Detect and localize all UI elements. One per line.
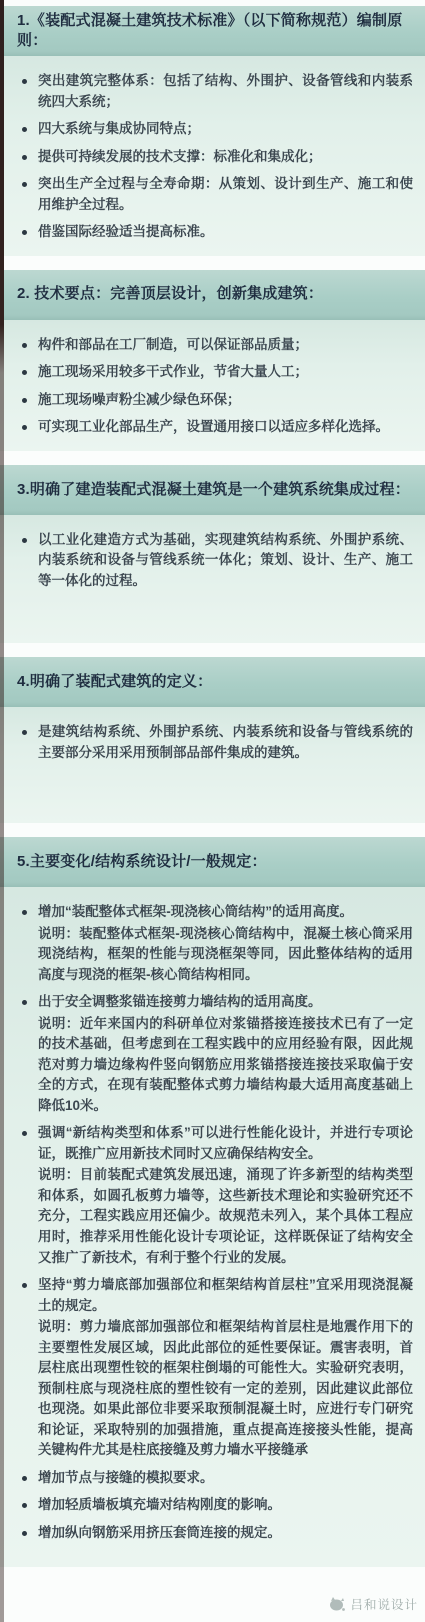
section-4-header: 4.明确了装配式建筑的定义： <box>0 657 425 707</box>
list-item: 施工现场采用较多干式作业，节省大量人工； <box>20 362 413 383</box>
list-item: 突出建筑完整体系：包括了结构、外围护、设备管线和内装系统四大系统； <box>20 71 413 112</box>
bullet-icon <box>22 425 27 430</box>
section-4-body: 是建筑结构系统、外围护系统、内装系统和设备与管线系统的主要部分采用采用预制部品部… <box>0 707 425 823</box>
list-item: 以工业化建造方式为基础，实现建筑结构系统、外围护系统、内装系统和设备与管线系统一… <box>20 530 413 592</box>
bullet-icon <box>22 730 27 735</box>
bullet-text: 突出建筑完整体系：包括了结构、外围护、设备管线和内装系统四大系统； <box>38 71 413 112</box>
bullet-text: 增加纵向钢筋采用挤压套筒连接的规定。 <box>38 1523 413 1544</box>
bullet-icon <box>22 343 27 348</box>
section-card-4: 4.明确了装配式建筑的定义： 是建筑结构系统、外围护系统、内装系统和设备与管线系… <box>0 657 425 823</box>
list-item: 构件和部品在工厂制造，可以保证部品质量； <box>20 335 413 356</box>
bullet-text: 以工业化建造方式为基础，实现建筑结构系统、外围护系统、内装系统和设备与管线系统一… <box>38 530 413 592</box>
section-2-header: 2. 技术要点：完善顶层设计，创新集成建筑： <box>0 270 425 320</box>
bullet-icon <box>22 230 27 235</box>
watermark: 吕和说设计 <box>328 1595 418 1613</box>
bullet-icon <box>22 1476 27 1481</box>
bullet-text: 构件和部品在工厂制造，可以保证部品质量； <box>38 335 413 356</box>
watermark-label: 吕和说设计 <box>350 1595 418 1613</box>
bullet-text: 四大系统与集成协同特点； <box>38 119 413 140</box>
list-item: 出于安全调整浆锚连接剪力墙结构的适用高度。 说明：近年来国内的科研单位对浆锚搭接… <box>20 992 413 1116</box>
bullet-text: 施工现场采用较多干式作业，节省大量人工； <box>38 362 413 383</box>
bullet-icon <box>22 910 27 915</box>
bullet-text: 提供可持续发展的技术支撑：标准化和集成化； <box>38 147 413 168</box>
section-3-body: 以工业化建造方式为基础，实现建筑结构系统、外围护系统、内装系统和设备与管线系统一… <box>0 515 425 644</box>
watermark-logo-icon <box>328 1596 346 1612</box>
bullet-text: 是建筑结构系统、外围护系统、内装系统和设备与管线系统的主要部分采用采用预制部品部… <box>38 722 413 763</box>
bullet-icon <box>22 1131 27 1136</box>
page: 1.《装配式混凝土建筑技术标准》（以下简称规范）编制原则： 突出建筑完整体系：包… <box>0 0 425 1567</box>
list-item: 增加节点与接缝的模拟要求。 <box>20 1468 413 1489</box>
section-1-title: 1.《装配式混凝土建筑技术标准》（以下简称规范）编制原则： <box>17 11 411 52</box>
page-edge-strip <box>0 0 4 1622</box>
section-card-1: 1.《装配式混凝土建筑技术标准》（以下简称规范）编制原则： 突出建筑完整体系：包… <box>0 6 425 256</box>
list-item: 增加“装配整体式框架-现浇核心筒结构”的适用高度。 说明：装配整体式框架-现浇核… <box>20 902 413 985</box>
bullet-icon <box>22 155 27 160</box>
section-1-body: 突出建筑完整体系：包括了结构、外围护、设备管线和内装系统四大系统； 四大系统与集… <box>0 56 425 256</box>
bullet-note: 说明：剪力墙底部加强部位和框架结构首层柱是地震作用下的主要塑性发展区域，因此此部… <box>38 1317 413 1461</box>
list-item: 借鉴国际经验适当提高标准。 <box>20 222 413 243</box>
section-card-3: 3.明确了建造装配式混凝土建筑是一个建筑系统集成过程： 以工业化建造方式为基础，… <box>0 465 425 644</box>
bullet-icon <box>22 1531 27 1536</box>
list-item: 可实现工业化部品生产，设置通用接口以适应多样化选择。 <box>20 417 413 438</box>
bullet-icon <box>22 1283 27 1288</box>
bullet-note: 说明：近年来国内的科研单位对浆锚搭接连接技术已有了一定的技术基础，但考虑到在工程… <box>38 1014 413 1117</box>
bullet-icon <box>22 398 27 403</box>
bullet-icon <box>22 1503 27 1508</box>
bullet-note: 说明：目前装配式建筑发展迅速，涌现了许多新型的结构类型和体系，如圆孔板剪力墙等，… <box>38 1165 413 1268</box>
section-3-title: 3.明确了建造装配式混凝土建筑是一个建筑系统集成过程： <box>17 480 410 500</box>
bullet-text: 坚持“剪力墙底部加强部位和框架结构首层柱”宜采用现浇混凝土的规定。 <box>38 1275 413 1316</box>
bullet-text: 借鉴国际经验适当提高标准。 <box>38 222 413 243</box>
list-item: 增加纵向钢筋采用挤压套筒连接的规定。 <box>20 1523 413 1544</box>
bullet-text: 可实现工业化部品生产，设置通用接口以适应多样化选择。 <box>38 417 413 438</box>
bullet-text: 出于安全调整浆锚连接剪力墙结构的适用高度。 <box>38 992 413 1013</box>
bullet-icon <box>22 79 27 84</box>
section-1-header: 1.《装配式混凝土建筑技术标准》（以下简称规范）编制原则： <box>0 6 425 56</box>
list-item: 施工现场噪声粉尘减少绿色环保； <box>20 390 413 411</box>
list-item: 强调“新结构类型和体系”可以进行性能化设计，并进行专项论证，既推广应用新技术同时… <box>20 1123 413 1268</box>
list-item: 提供可持续发展的技术支撑：标准化和集成化； <box>20 147 413 168</box>
bullet-icon <box>22 127 27 132</box>
bullet-text: 强调“新结构类型和体系”可以进行性能化设计，并进行专项论证，既推广应用新技术同时… <box>38 1123 413 1164</box>
list-item: 突出生产全过程与全寿命期：从策划、设计到生产、施工和使用维护全过程。 <box>20 174 413 215</box>
bullet-note: 说明：装配整体式框架-现浇核心筒结构中，混凝土核心筒采用现浇结构，框架的性能与现… <box>38 924 413 986</box>
bullet-text: 突出生产全过程与全寿命期：从策划、设计到生产、施工和使用维护全过程。 <box>38 174 413 215</box>
section-2-body: 构件和部品在工厂制造，可以保证部品质量； 施工现场采用较多干式作业，节省大量人工… <box>0 320 425 451</box>
section-3-header: 3.明确了建造装配式混凝土建筑是一个建筑系统集成过程： <box>0 465 425 515</box>
section-5-body: 增加“装配整体式框架-现浇核心筒结构”的适用高度。 说明：装配整体式框架-现浇核… <box>0 887 425 1567</box>
section-card-5: 5.主要变化/结构系统设计/一般规定： 增加“装配整体式框架-现浇核心筒结构”的… <box>0 837 425 1567</box>
list-item: 是建筑结构系统、外围护系统、内装系统和设备与管线系统的主要部分采用采用预制部品部… <box>20 722 413 763</box>
list-item: 增加轻质墙板填充墙对结构刚度的影响。 <box>20 1495 413 1516</box>
bullet-text: 增加轻质墙板填充墙对结构刚度的影响。 <box>38 1495 413 1516</box>
section-5-header: 5.主要变化/结构系统设计/一般规定： <box>0 837 425 887</box>
bullet-text: 增加节点与接缝的模拟要求。 <box>38 1468 413 1489</box>
bullet-icon <box>22 1000 27 1005</box>
section-card-2: 2. 技术要点：完善顶层设计，创新集成建筑： 构件和部品在工厂制造，可以保证部品… <box>0 270 425 451</box>
bullet-text: 增加“装配整体式框架-现浇核心筒结构”的适用高度。 <box>38 902 413 923</box>
list-item: 四大系统与集成协同特点； <box>20 119 413 140</box>
bullet-icon <box>22 538 27 543</box>
section-2-title: 2. 技术要点：完善顶层设计，创新集成建筑： <box>17 284 323 304</box>
bullet-icon <box>22 370 27 375</box>
section-4-title: 4.明确了装配式建筑的定义： <box>17 672 212 692</box>
bullet-icon <box>22 182 27 187</box>
list-item: 坚持“剪力墙底部加强部位和框架结构首层柱”宜采用现浇混凝土的规定。 说明：剪力墙… <box>20 1275 413 1461</box>
bullet-text: 施工现场噪声粉尘减少绿色环保； <box>38 390 413 411</box>
section-5-title: 5.主要变化/结构系统设计/一般规定： <box>17 852 267 872</box>
